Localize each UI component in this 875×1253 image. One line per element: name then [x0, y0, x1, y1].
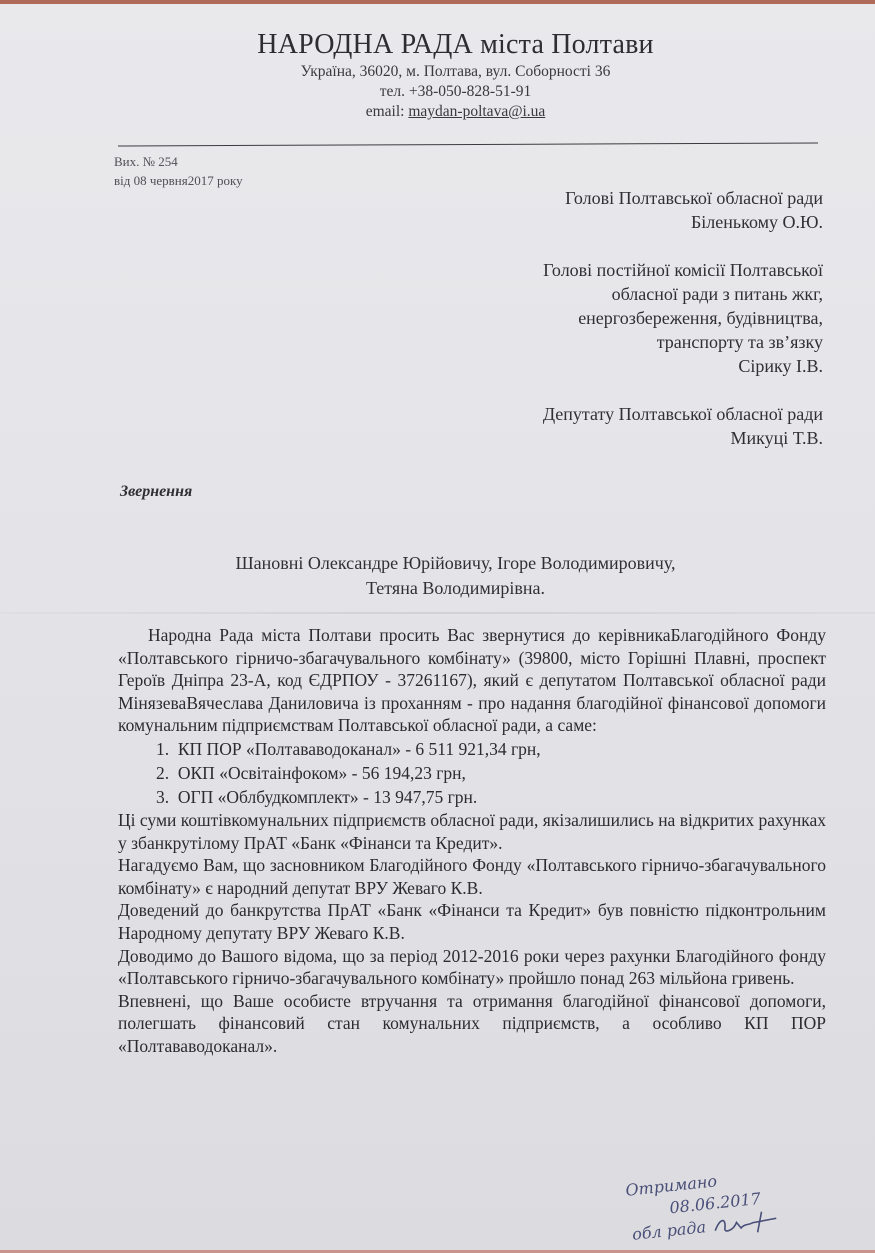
org-phone: тел. +38-050-828-51-91 [36, 82, 875, 102]
addressee-line: Голові Полтавської обласної ради [543, 186, 823, 210]
outgoing-reference: Вих. № 254 від 08 червня2017 року [114, 152, 243, 190]
amount-item: 2. ОКП «Освітаінфоком» - 56 194,23 грн, [156, 761, 826, 785]
addressee-line: Голові постійної комісії Полтавської [543, 258, 823, 282]
org-title: НАРОДНА РАДА міста Полтави [36, 28, 875, 62]
amount-item: 3. ОГП «Облбудкомплект» - 13 947,75 грн. [156, 785, 826, 809]
body-paragraph-4: Доведений до банкрутства ПрАТ «Банк «Фін… [118, 899, 826, 944]
body-paragraph-3: Нагадуємо Вам, що засновником Благодійно… [118, 854, 826, 899]
salutation-line-2: Тетяна Володимирівна. [18, 576, 875, 601]
addressees: Голові Полтавської обласної ради Біленьк… [543, 186, 823, 474]
body-paragraph-6: Впевнені, що Ваше особисте втручання та … [118, 990, 826, 1058]
email-link[interactable]: maydan-poltava@i.ua [408, 103, 545, 120]
handwritten-receipt-note: Отримано 08.06.2017 обл рада [616, 1156, 863, 1253]
addressee-line: обласної ради з питань жкг, [543, 282, 823, 306]
org-email-line: email: maydan-poltava@i.ua [36, 102, 875, 122]
outgoing-date: від 08 червня2017 року [114, 171, 243, 190]
addressee-line: транспорту та зв’язку [543, 330, 823, 354]
body-paragraph-2: Ці суми коштівкомунальних підприємств об… [118, 809, 826, 854]
background-top-edge [0, 0, 875, 4]
addressee-3: Депутату Полтавської обласної ради Микуц… [543, 402, 823, 450]
outgoing-number: Вих. № 254 [114, 152, 243, 171]
addressee-line: Микуці Т.В. [543, 426, 823, 450]
paper-fold-line [0, 612, 875, 614]
letterhead-divider [118, 142, 818, 146]
salutation: Шановні Олександре Юрійовичу, Ігоре Воло… [18, 551, 875, 601]
addressee-1: Голові Полтавської обласної ради Біленьк… [543, 186, 823, 234]
amount-list: 1. КП ПОР «Полтававодоканал» - 6 511 921… [118, 737, 826, 809]
addressee-line: енергозбереження, будівництва, [543, 306, 823, 330]
addressee-line: Депутату Полтавської обласної ради [543, 402, 823, 426]
email-label: email: [366, 103, 409, 120]
org-address: Україна, 36020, м. Полтава, вул. Соборно… [36, 62, 875, 82]
salutation-line-1: Шановні Олександре Юрійовичу, Ігоре Воло… [18, 551, 875, 576]
amount-item: 1. КП ПОР «Полтававодоканал» - 6 511 921… [156, 737, 826, 761]
appeal-heading: Звернення [120, 483, 192, 501]
addressee-2: Голові постійної комісії Полтавської обл… [543, 258, 823, 378]
letter-body: Народна Рада міста Полтави просить Вас з… [118, 624, 826, 1058]
addressee-line: Сірику І.В. [543, 354, 823, 378]
body-paragraph-5: Доводимо до Вашого відома, що за період … [118, 945, 826, 990]
letter-page: НАРОДНА РАДА міста Полтави Україна, 3602… [0, 0, 875, 1253]
body-intro: Народна Рада міста Полтави просить Вас з… [118, 624, 826, 737]
addressee-line: Біленькому О.Ю. [543, 210, 823, 234]
letterhead: НАРОДНА РАДА міста Полтави Україна, 3602… [0, 28, 875, 122]
